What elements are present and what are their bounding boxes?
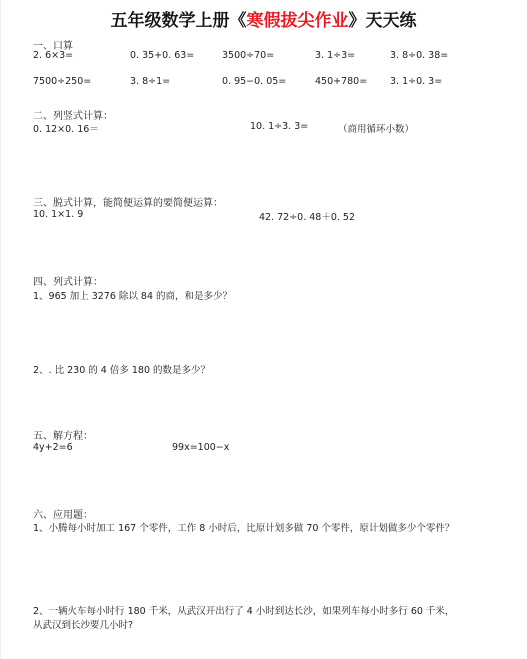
title-prefix: 五年级数学上册 xyxy=(111,11,230,31)
title-highlight: 寒假拔尖作业 xyxy=(247,11,349,31)
application-question-2-line-1: 2、一辆火车每小时行 180 千米，从武汉开出行了 4 小时到达长沙，如果列车每… xyxy=(33,603,454,617)
vertical-calc-item: 10. 1÷3. 3= xyxy=(250,121,308,132)
page-edge xyxy=(0,0,1,659)
equation-item: 4y+2=6 xyxy=(33,442,73,453)
oral-calc-item: 0. 95−0. 05= xyxy=(222,76,286,87)
title-close-quote: 》 xyxy=(349,11,366,31)
step-calc-item: 42. 72÷0. 48＋0. 52 xyxy=(259,209,355,223)
step-calc-item: 10. 1×1. 9 xyxy=(33,209,83,220)
section-4-heading: 四、列式计算： xyxy=(33,273,103,288)
oral-calc-item: 450+780= xyxy=(315,76,367,87)
vertical-calc-note: （商用循环小数） xyxy=(338,121,414,135)
oral-calc-item: 3. 8÷0. 38= xyxy=(390,50,448,61)
word-calc-question-1: 1、965 加上 3276 除以 84 的商，和是多少？ xyxy=(33,288,232,302)
oral-calc-item: 3. 1÷0. 3= xyxy=(390,76,442,87)
oral-calc-item: 3500÷70= xyxy=(222,50,274,61)
section-2-heading: 二、列竖式计算： xyxy=(33,107,113,122)
oral-calc-item: 7500÷250= xyxy=(33,76,91,87)
oral-calc-item: 3. 1÷3= xyxy=(315,50,355,61)
title-open-quote: 《 xyxy=(230,11,247,31)
equation-item: 99x=100−x xyxy=(172,442,229,453)
application-question-2-line-2: 从武汉到长沙要几小时? xyxy=(33,617,133,631)
vertical-calc-item: 0. 12×0. 16＝ xyxy=(33,121,99,135)
page-title: 五年级数学上册《寒假拔尖作业》天天练 xyxy=(0,6,527,31)
application-question-1: 1、小腾每小时加工 167 个零件，工作 8 小时后，比原计划多做 70 个零件… xyxy=(33,520,454,534)
oral-calc-item: 0. 35+0. 63= xyxy=(130,50,194,61)
section-5-heading: 五、解方程： xyxy=(33,427,93,442)
title-suffix: 天天练 xyxy=(366,11,417,31)
section-6-heading: 六、应用题： xyxy=(33,506,93,521)
section-3-heading: 三、脱式计算，能简便运算的要简便运算： xyxy=(33,194,223,209)
oral-calc-item: 2. 6×3= xyxy=(33,50,73,61)
oral-calc-item: 3. 8÷1= xyxy=(130,76,170,87)
word-calc-question-2: 2、. 比 230 的 4 倍多 180 的数是多少？ xyxy=(33,362,210,376)
